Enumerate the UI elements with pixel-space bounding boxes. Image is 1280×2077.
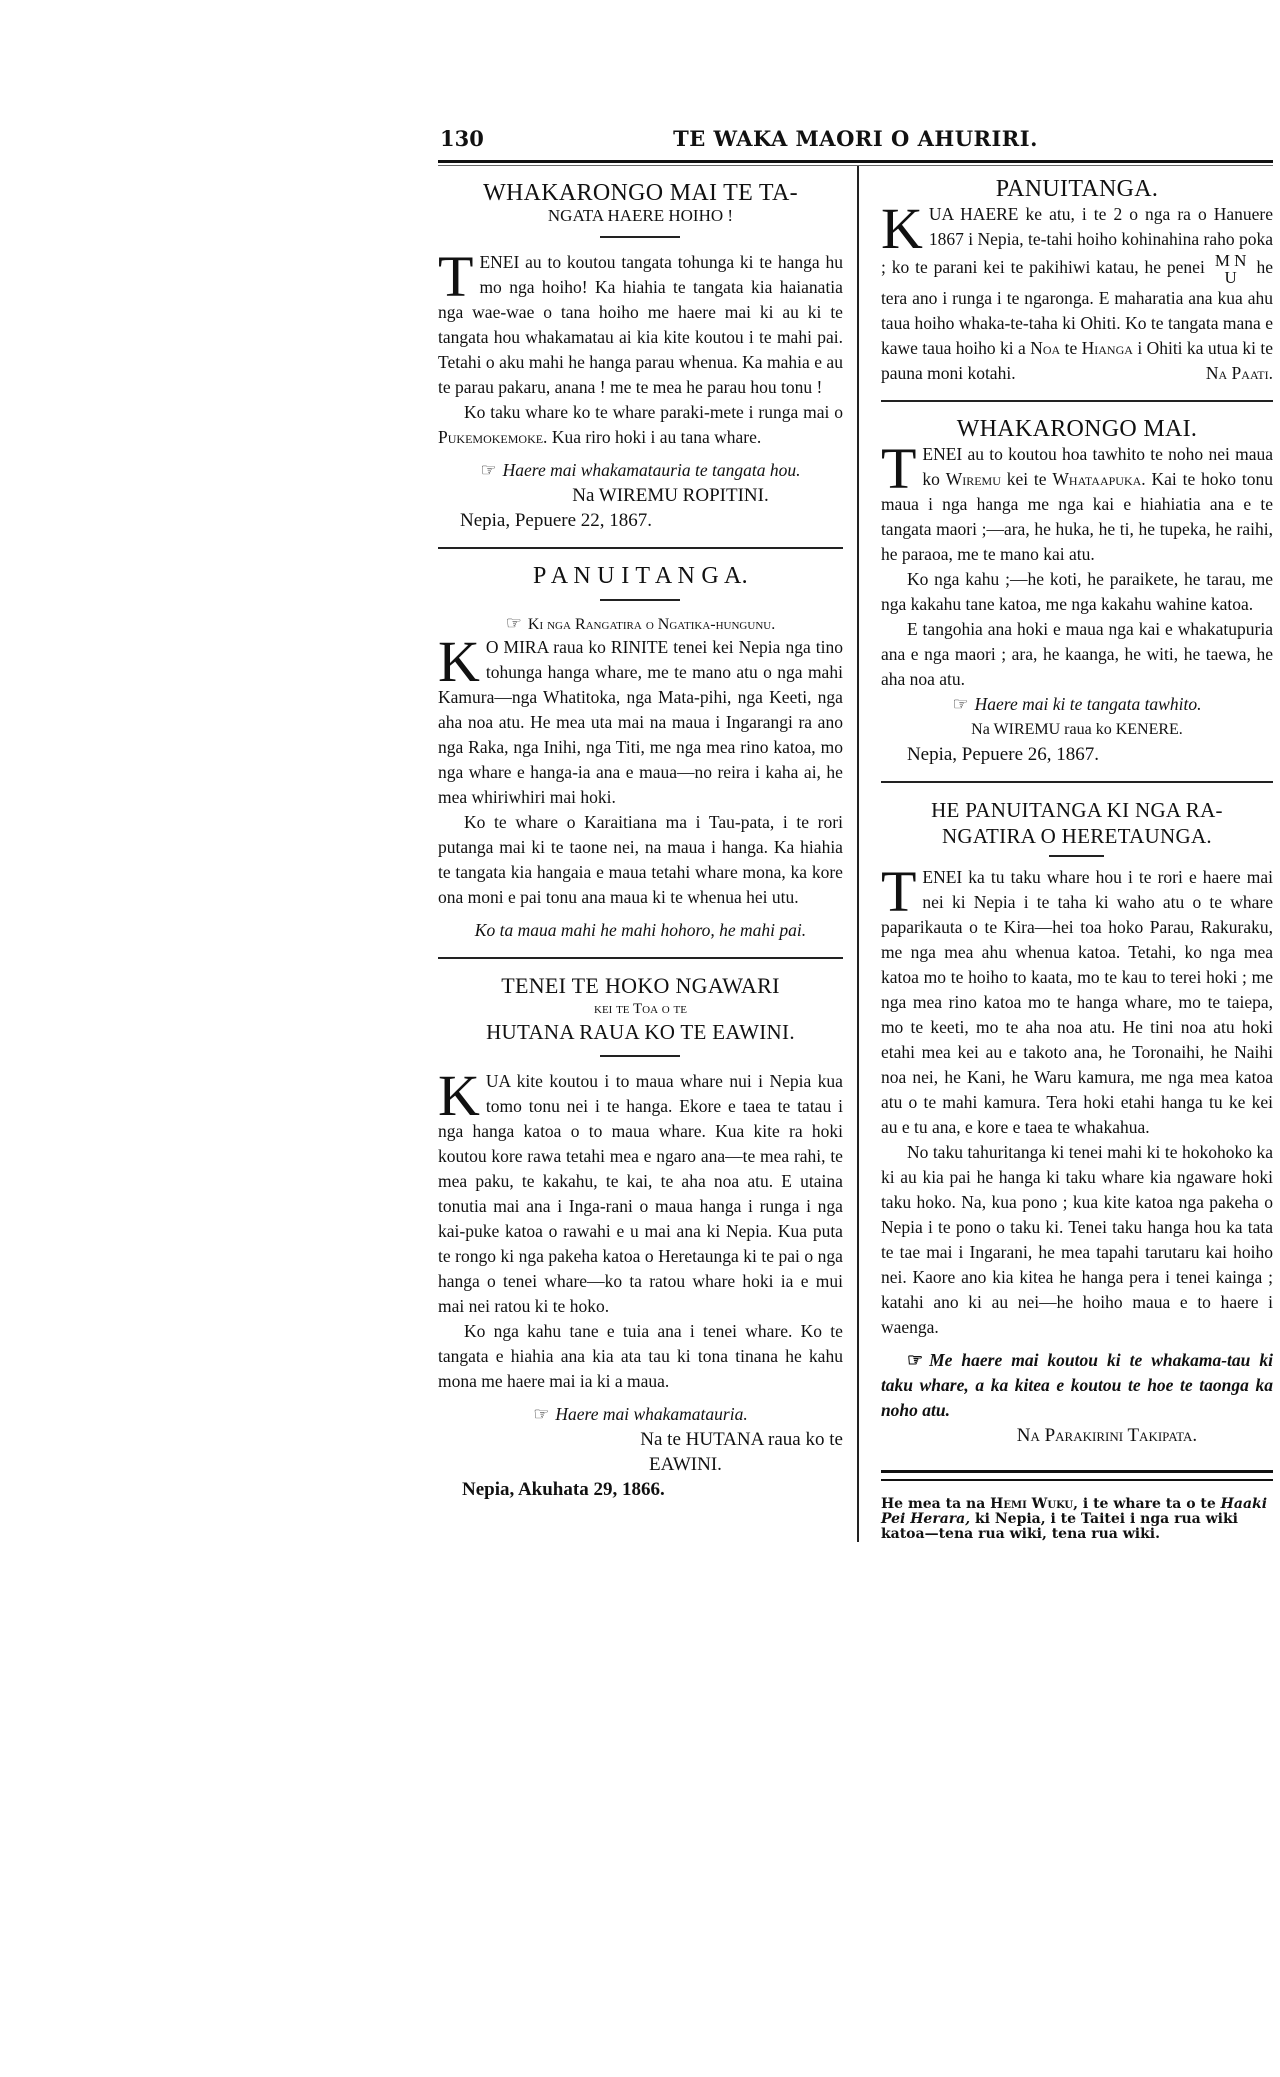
separator [438, 957, 843, 959]
short-rule [1049, 855, 1104, 857]
article-title-2: NGATIRA O HERETAUNGA. [881, 823, 1273, 849]
article-builders: P A N U I T A N G A. ☞Ki nga Rangatira o… [438, 563, 843, 943]
dateline: Nepia, Pepuere 26, 1867. [881, 742, 1273, 767]
paragraph: TENEI au to koutou hoa tawhito te noho n… [881, 442, 1273, 567]
signature: Na te HUTANA raua ko te [438, 1427, 843, 1452]
imprint-text: He mea ta na Hemi Wuku, i te whare ta o … [881, 1497, 1273, 1542]
paragraph: Ko nga kahu ;—he koti, he paraikete, he … [881, 567, 1273, 617]
article-midtitle: kei te Toa o te [438, 999, 843, 1019]
paragraph: TENEI ka tu taku whare hou i te rori e h… [881, 865, 1273, 1140]
pointing-hand-icon: ☞ [533, 1404, 549, 1424]
signature: Na Paati. [1206, 361, 1273, 386]
imprint: He mea ta na Hemi Wuku, i te whare ta o … [881, 1497, 1273, 1542]
article-title-2: HUTANA RAUA KO TE EAWINI. [438, 1019, 843, 1045]
right-column: PANUITANGA. KUA HAERE ke atu, i te 2 o n… [859, 166, 1273, 1542]
short-rule [600, 236, 680, 238]
drop-cap: T [438, 254, 473, 300]
left-column: WHAKARONGO MAI TE TA- NGATA HAERE HOIHO … [438, 166, 853, 1542]
article-title: WHAKARONGO MAI TE TA- [438, 180, 843, 206]
drop-cap: K [438, 1073, 480, 1119]
drop-cap: T [881, 446, 916, 492]
paragraph: No taku tahuritanga ki tenei mahi ki te … [881, 1140, 1273, 1340]
signature: Na Parakirini Takipata. [881, 1423, 1273, 1448]
short-rule [600, 599, 680, 601]
paragraph: TENEI au to koutou tangata tohunga ki te… [438, 250, 843, 400]
newspaper-page: 130 TE WAKA MAORI O AHURIRI. WHAKARONGO … [438, 118, 1273, 1542]
notice: ☞Me haere mai koutou ki te whakama-tau k… [881, 1348, 1273, 1423]
masthead: TE WAKA MAORI O AHURIRI. [438, 126, 1273, 151]
paragraph: Ko te whare o Karaitiana ma i Tau-pata, … [438, 810, 843, 910]
header-rule [438, 160, 1273, 163]
separator [881, 781, 1273, 783]
signature-2: EAWINI. [438, 1452, 843, 1477]
paragraph: KUA HAERE ke atu, i te 2 o nga ra o Hanu… [881, 202, 1273, 386]
article-title: P A N U I T A N G A. [438, 563, 843, 589]
paragraph: Ko nga kahu tane e tuia ana i tenei whar… [438, 1319, 843, 1394]
article-trader: WHAKARONGO MAI. TENEI au to koutou hoa t… [881, 416, 1273, 767]
separator [881, 400, 1273, 402]
pointing-hand-icon: ☞ [907, 1350, 923, 1370]
paragraph: Ko taku whare ko te whare paraki-mete i … [438, 400, 843, 450]
pointing-hand-icon: ☞ [506, 613, 522, 633]
paragraph: KO MIRA raua ko RINITE tenei kei Nepia n… [438, 635, 843, 810]
pointing-hand-icon: ☞ [952, 694, 968, 714]
article-hardware: HE PANUITANGA KI NGA RA- NGATIRA O HERET… [881, 797, 1273, 1448]
paragraph: E tangohia ana hoki e maua nga kai e wha… [881, 617, 1273, 692]
short-rule [600, 1055, 680, 1057]
dateline: Nepia, Pepuere 22, 1867. [438, 508, 843, 533]
article-title: WHAKARONGO MAI. [881, 416, 1273, 442]
article-title: TENEI TE HOKO NGAWARI [438, 973, 843, 999]
dateline: Nepia, Akuhata 29, 1866. [438, 1477, 843, 1502]
pointing-hand-icon: ☞ [481, 460, 497, 480]
notice: ☞Haere mai whakamatauria. [438, 1402, 843, 1427]
brand-mark: M NU [1215, 252, 1247, 286]
columns: WHAKARONGO MAI TE TA- NGATA HAERE HOIHO … [438, 166, 1273, 1542]
article-title: PANUITANGA. [881, 176, 1273, 202]
page-header: 130 TE WAKA MAORI O AHURIRI. [438, 118, 1273, 158]
motto: Ko ta maua mahi he mahi hohoro, he mahi … [438, 918, 843, 943]
drop-cap: K [881, 206, 923, 252]
article-store: TENEI TE HOKO NGAWARI kei te Toa o te HU… [438, 973, 843, 1502]
article-lost-horse: PANUITANGA. KUA HAERE ke atu, i te 2 o n… [881, 176, 1273, 386]
article-title: HE PANUITANGA KI NGA RA- [881, 797, 1273, 823]
address-line: ☞Ki nga Rangatira o Ngatika-hungunu. [438, 613, 843, 635]
separator [438, 547, 843, 549]
notice: ☞Haere mai whakamatauria te tangata hou. [438, 458, 843, 483]
signature: Na WIREMU raua ko KENERE. [881, 717, 1273, 742]
article-farrier: WHAKARONGO MAI TE TA- NGATA HAERE HOIHO … [438, 180, 843, 533]
notice: ☞Haere mai ki te tangata tawhito. [881, 692, 1273, 717]
paragraph: KUA kite koutou i to maua whare nui i Ne… [438, 1069, 843, 1319]
article-subtitle: NGATA HAERE HOIHO ! [438, 206, 843, 226]
double-rule [881, 1470, 1273, 1481]
signature: Na WIREMU ROPITINI. [438, 483, 843, 508]
drop-cap: K [438, 639, 480, 685]
drop-cap: T [881, 869, 916, 915]
